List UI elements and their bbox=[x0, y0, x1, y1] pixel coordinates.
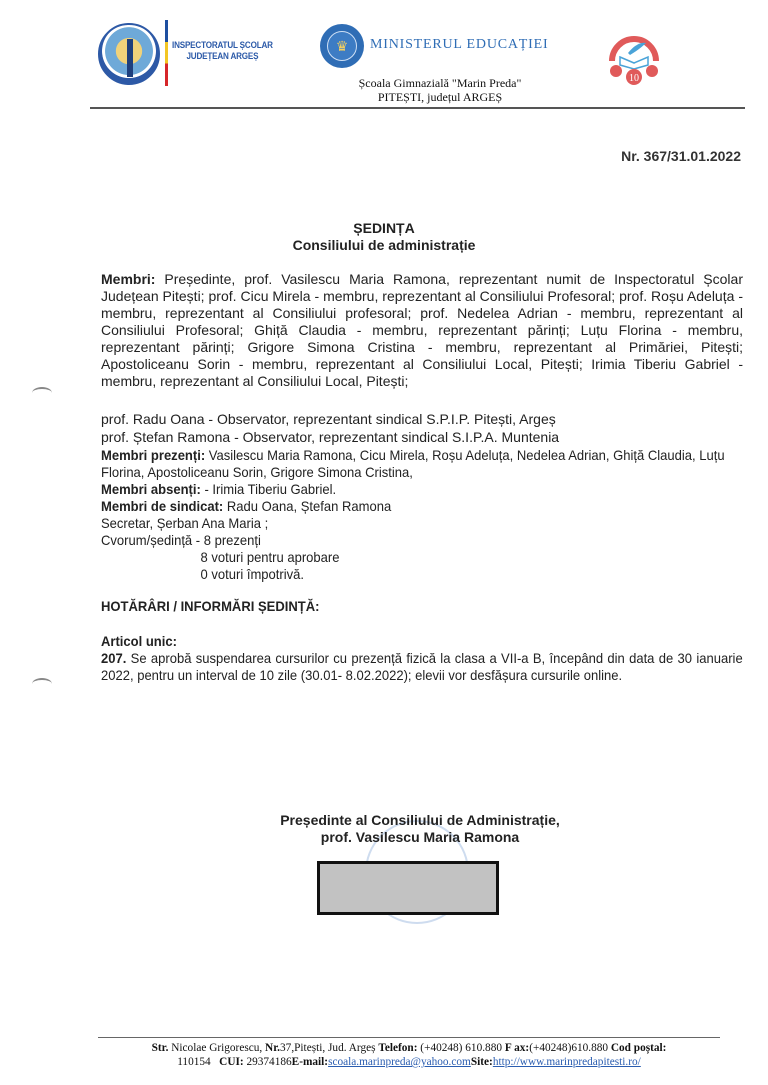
school-name: Școala Gimnazială "Marin Preda" PITEȘTI,… bbox=[310, 76, 570, 104]
isj-name: INSPECTORATUL ȘCOLAR JUDEȚEAN ARGEȘ bbox=[172, 40, 273, 62]
present-members: Membri prezenți: Vasilescu Maria Ramona,… bbox=[101, 447, 743, 481]
document-title: ȘEDINȚA bbox=[0, 220, 768, 237]
government-seal-icon: ♛ bbox=[320, 24, 364, 68]
redacted-signature bbox=[317, 861, 499, 915]
observer-1: prof. Radu Oana - Observator, reprezenta… bbox=[101, 411, 743, 428]
website-link[interactable]: http://www.marinpredapitesti.ro/ bbox=[493, 1056, 641, 1068]
school-logo-icon: 10 bbox=[606, 27, 662, 87]
signature-title: Președinte al Consiliului de Administraț… bbox=[230, 812, 610, 829]
email-link[interactable]: scoala.marinpreda@yahoo.com bbox=[328, 1056, 471, 1068]
union-members: Membri de sindicat: Radu Oana, Ștefan Ra… bbox=[101, 498, 698, 515]
tricolor-divider bbox=[165, 20, 168, 86]
document-subtitle: Consiliului de administrație bbox=[0, 237, 768, 254]
members-paragraph: Membri: Președinte, prof. Vasilescu Mari… bbox=[101, 271, 743, 390]
observer-2: prof. Ștefan Ramona - Observator, reprez… bbox=[101, 429, 743, 446]
absent-members: Membri absenți: - Irimia Tiberiu Gabriel… bbox=[101, 481, 698, 498]
signature-name: prof. Vasilescu Maria Ramona bbox=[230, 829, 610, 846]
footer-divider bbox=[98, 1037, 720, 1038]
svg-text:10: 10 bbox=[629, 73, 639, 84]
quorum: Cvorum/ședință - 8 prezenți 8 voturi pen… bbox=[101, 532, 698, 583]
header-divider bbox=[90, 107, 745, 109]
secretary: Secretar, Șerban Ana Maria ; bbox=[101, 515, 698, 532]
ministry-name: MINISTERUL EDUCAȚIEI bbox=[370, 37, 548, 53]
document-reference: Nr. 367/31.01.2022 bbox=[621, 148, 741, 164]
article-heading: Articol unic: bbox=[101, 633, 698, 650]
punch-hole bbox=[32, 678, 52, 690]
article-text: 207. Se aprobă suspendarea cursurilor cu… bbox=[101, 650, 743, 684]
isj-logo bbox=[98, 23, 160, 85]
punch-hole bbox=[32, 387, 52, 399]
footer-contact: Str. Nicolae Grigorescu, Nr.37,Pitești, … bbox=[98, 1041, 720, 1069]
decisions-heading: HOTĂRÂRI / INFORMĂRI ȘEDINȚĂ: bbox=[101, 598, 698, 615]
